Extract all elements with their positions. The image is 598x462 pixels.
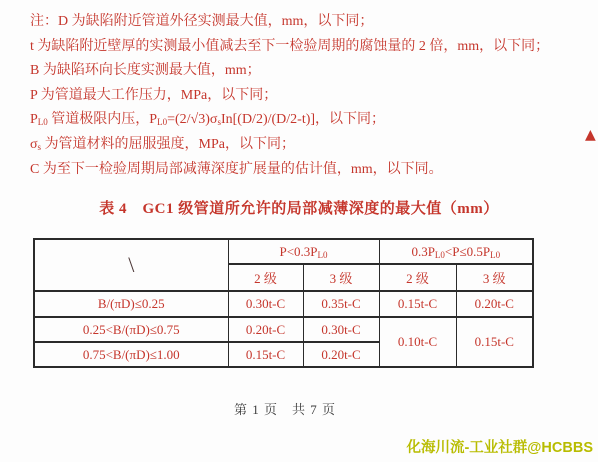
row-label-cell: 0.75<B/(πD)≤1.00 (34, 342, 228, 367)
note-line-b: B 为缺陷环向长度实测最大值，mm； (30, 59, 596, 84)
value-cell: 0.15t-C (228, 342, 303, 367)
header-pressure-range-1: P<0.3PL0 (228, 239, 379, 264)
note-line-p: P 为管道最大工作压力，MPa，以下同； (30, 84, 596, 109)
grade-header-cell: 2 级 (379, 264, 456, 291)
value-cell: 0.30t-C (228, 291, 303, 317)
row-label-cell: 0.25<B/(πD)≤0.75 (34, 317, 228, 342)
note-line-d: 注：D 为缺陷附近管道外径实测最大值，mm，以下同； (30, 10, 596, 35)
grade-header-cell: 3 级 (303, 264, 379, 291)
grade-header-cell: 3 级 (456, 264, 533, 291)
value-cell-merged: 0.15t-C (456, 317, 533, 367)
table-row: B/(πD)≤0.25 0.30t-C 0.35t-C 0.15t-C 0.20… (34, 291, 533, 317)
header-subscript: L0 (435, 250, 445, 260)
header-seg: 0.3P (411, 244, 434, 259)
header-seg: <P≤0.5P (445, 244, 490, 259)
formula-seg: =(2/√3)σ (167, 112, 217, 127)
note-line-t: t 为缺陷附近壁厚的实测最小值减去至下一检验周期的腐蚀量的 2 倍，mm，以下同… (30, 35, 596, 60)
row-label-cell: B/(πD)≤0.25 (34, 291, 228, 317)
header-subscript: L0 (490, 250, 500, 260)
allowed-thinning-depth-table: \ P<0.3PL0 0.3PL0<P≤0.5PL0 2 级 3 级 2 级 3… (33, 238, 534, 368)
table-corner-cell: \ (34, 239, 228, 291)
grade-header-cell: 2 级 (228, 264, 303, 291)
sigma-symbol: σ (30, 137, 38, 152)
value-cell: 0.35t-C (303, 291, 379, 317)
header-subscript: L0 (318, 250, 328, 260)
revision-triangle-marker: ▲ (585, 127, 596, 143)
header-pressure-range-2: 0.3PL0<P≤0.5PL0 (379, 239, 533, 264)
notes-block: 注：D 为缺陷附近管道外径实测最大值，mm，以下同； t 为缺陷附近壁厚的实测最… (30, 10, 596, 182)
watermark-hcbbs: 化海川流-工业社群@HCBBS (406, 436, 593, 457)
table-title: 表 4 GC1 级管道所允许的局部减薄深度的最大值（mm） (0, 197, 598, 218)
value-cell: 0.30t-C (303, 317, 379, 342)
value-cell: 0.20t-C (228, 317, 303, 342)
document-page: 注：D 为缺陷附近管道外径实测最大值，mm，以下同； t 为缺陷附近壁厚的实测最… (0, 0, 598, 462)
formula-subscript: L0 (38, 117, 48, 127)
table-row: 0.25<B/(πD)≤0.75 0.20t-C 0.30t-C 0.10t-C… (34, 317, 533, 342)
note-line-pl0-formula: PL0 管道极限内压，PL0=(2/√3)σsIn[(D/2)/(D/2-t)]… (30, 108, 596, 133)
note-line-c: C 为至下一检验周期局部减薄深度扩展量的估计值，mm，以下同。 (30, 158, 596, 183)
formula-seg: 管道极限内压，P (48, 112, 157, 127)
formula-subscript: L0 (157, 117, 167, 127)
value-cell: 0.15t-C (379, 291, 456, 317)
table-header-row-groups: \ P<0.3PL0 0.3PL0<P≤0.5PL0 (34, 239, 533, 264)
note-line-sigma: σs 为管道材料的屈服强度，MPa，以下同； (30, 133, 596, 158)
value-cell: 0.20t-C (456, 291, 533, 317)
value-cell: 0.20t-C (303, 342, 379, 367)
page-number-footer: 第 1 页 共 7 页 (0, 399, 570, 418)
value-cell-merged: 0.10t-C (379, 317, 456, 367)
header-seg: P<0.3P (279, 244, 317, 259)
formula-seg: In[(D/2)/(D/2-t)]，以下同； (221, 112, 385, 127)
formula-seg: P (30, 112, 38, 127)
sigma-text: 为管道材料的屈服强度，MPa，以下同； (41, 137, 295, 152)
